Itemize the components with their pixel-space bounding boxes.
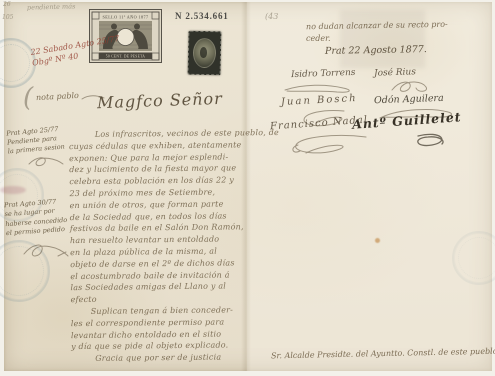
- margin-note-rubric: [25, 152, 67, 172]
- corner-pencil-mark: 105: [2, 14, 13, 21]
- ink-smudge: [0, 186, 26, 194]
- document-scan: 26 105 pendiente más SELLO 11º AÑO 1877 …: [0, 0, 495, 376]
- fiscal-stamp-bottom-text: 50 CENT. DE PESETA: [106, 54, 145, 58]
- body-line: Gracia que por ser de justicia: [71, 351, 281, 365]
- revenue-stamp-portrait: [193, 38, 217, 68]
- petition-body: Los infrascritos, vecinos de este pueblo…: [69, 127, 282, 365]
- corner-pencil-mark: 26: [3, 1, 11, 8]
- dateline: Prat 22 Agosto 1877.: [325, 44, 427, 57]
- fiscal-stamp-top-text: SELLO 11º AÑO 1877: [103, 15, 149, 20]
- margin-note-2: Prat Agto 30/77 se ha lugar por haberse …: [4, 197, 68, 239]
- margin-note-signature-rubric: [18, 238, 73, 266]
- top-pencil-note: pendiente más: [27, 2, 76, 11]
- continuation-line: ceder.: [306, 34, 331, 43]
- signature-flourish: [286, 131, 376, 159]
- portrait-silhouette: [200, 47, 207, 58]
- body-line: Los infrascritos, vecinos de este pueblo…: [69, 127, 279, 141]
- right-corner-pencil-mark: (43: [265, 12, 278, 21]
- paren-mark: (: [23, 83, 33, 113]
- stamp-bleed-through: [340, 10, 425, 68]
- serial-number: N 2.534.661: [175, 11, 229, 21]
- signature-name: José Rius: [374, 67, 416, 78]
- signature-flourish: [408, 130, 454, 150]
- revenue-stamp: [188, 31, 222, 76]
- paper-stain: [375, 238, 380, 243]
